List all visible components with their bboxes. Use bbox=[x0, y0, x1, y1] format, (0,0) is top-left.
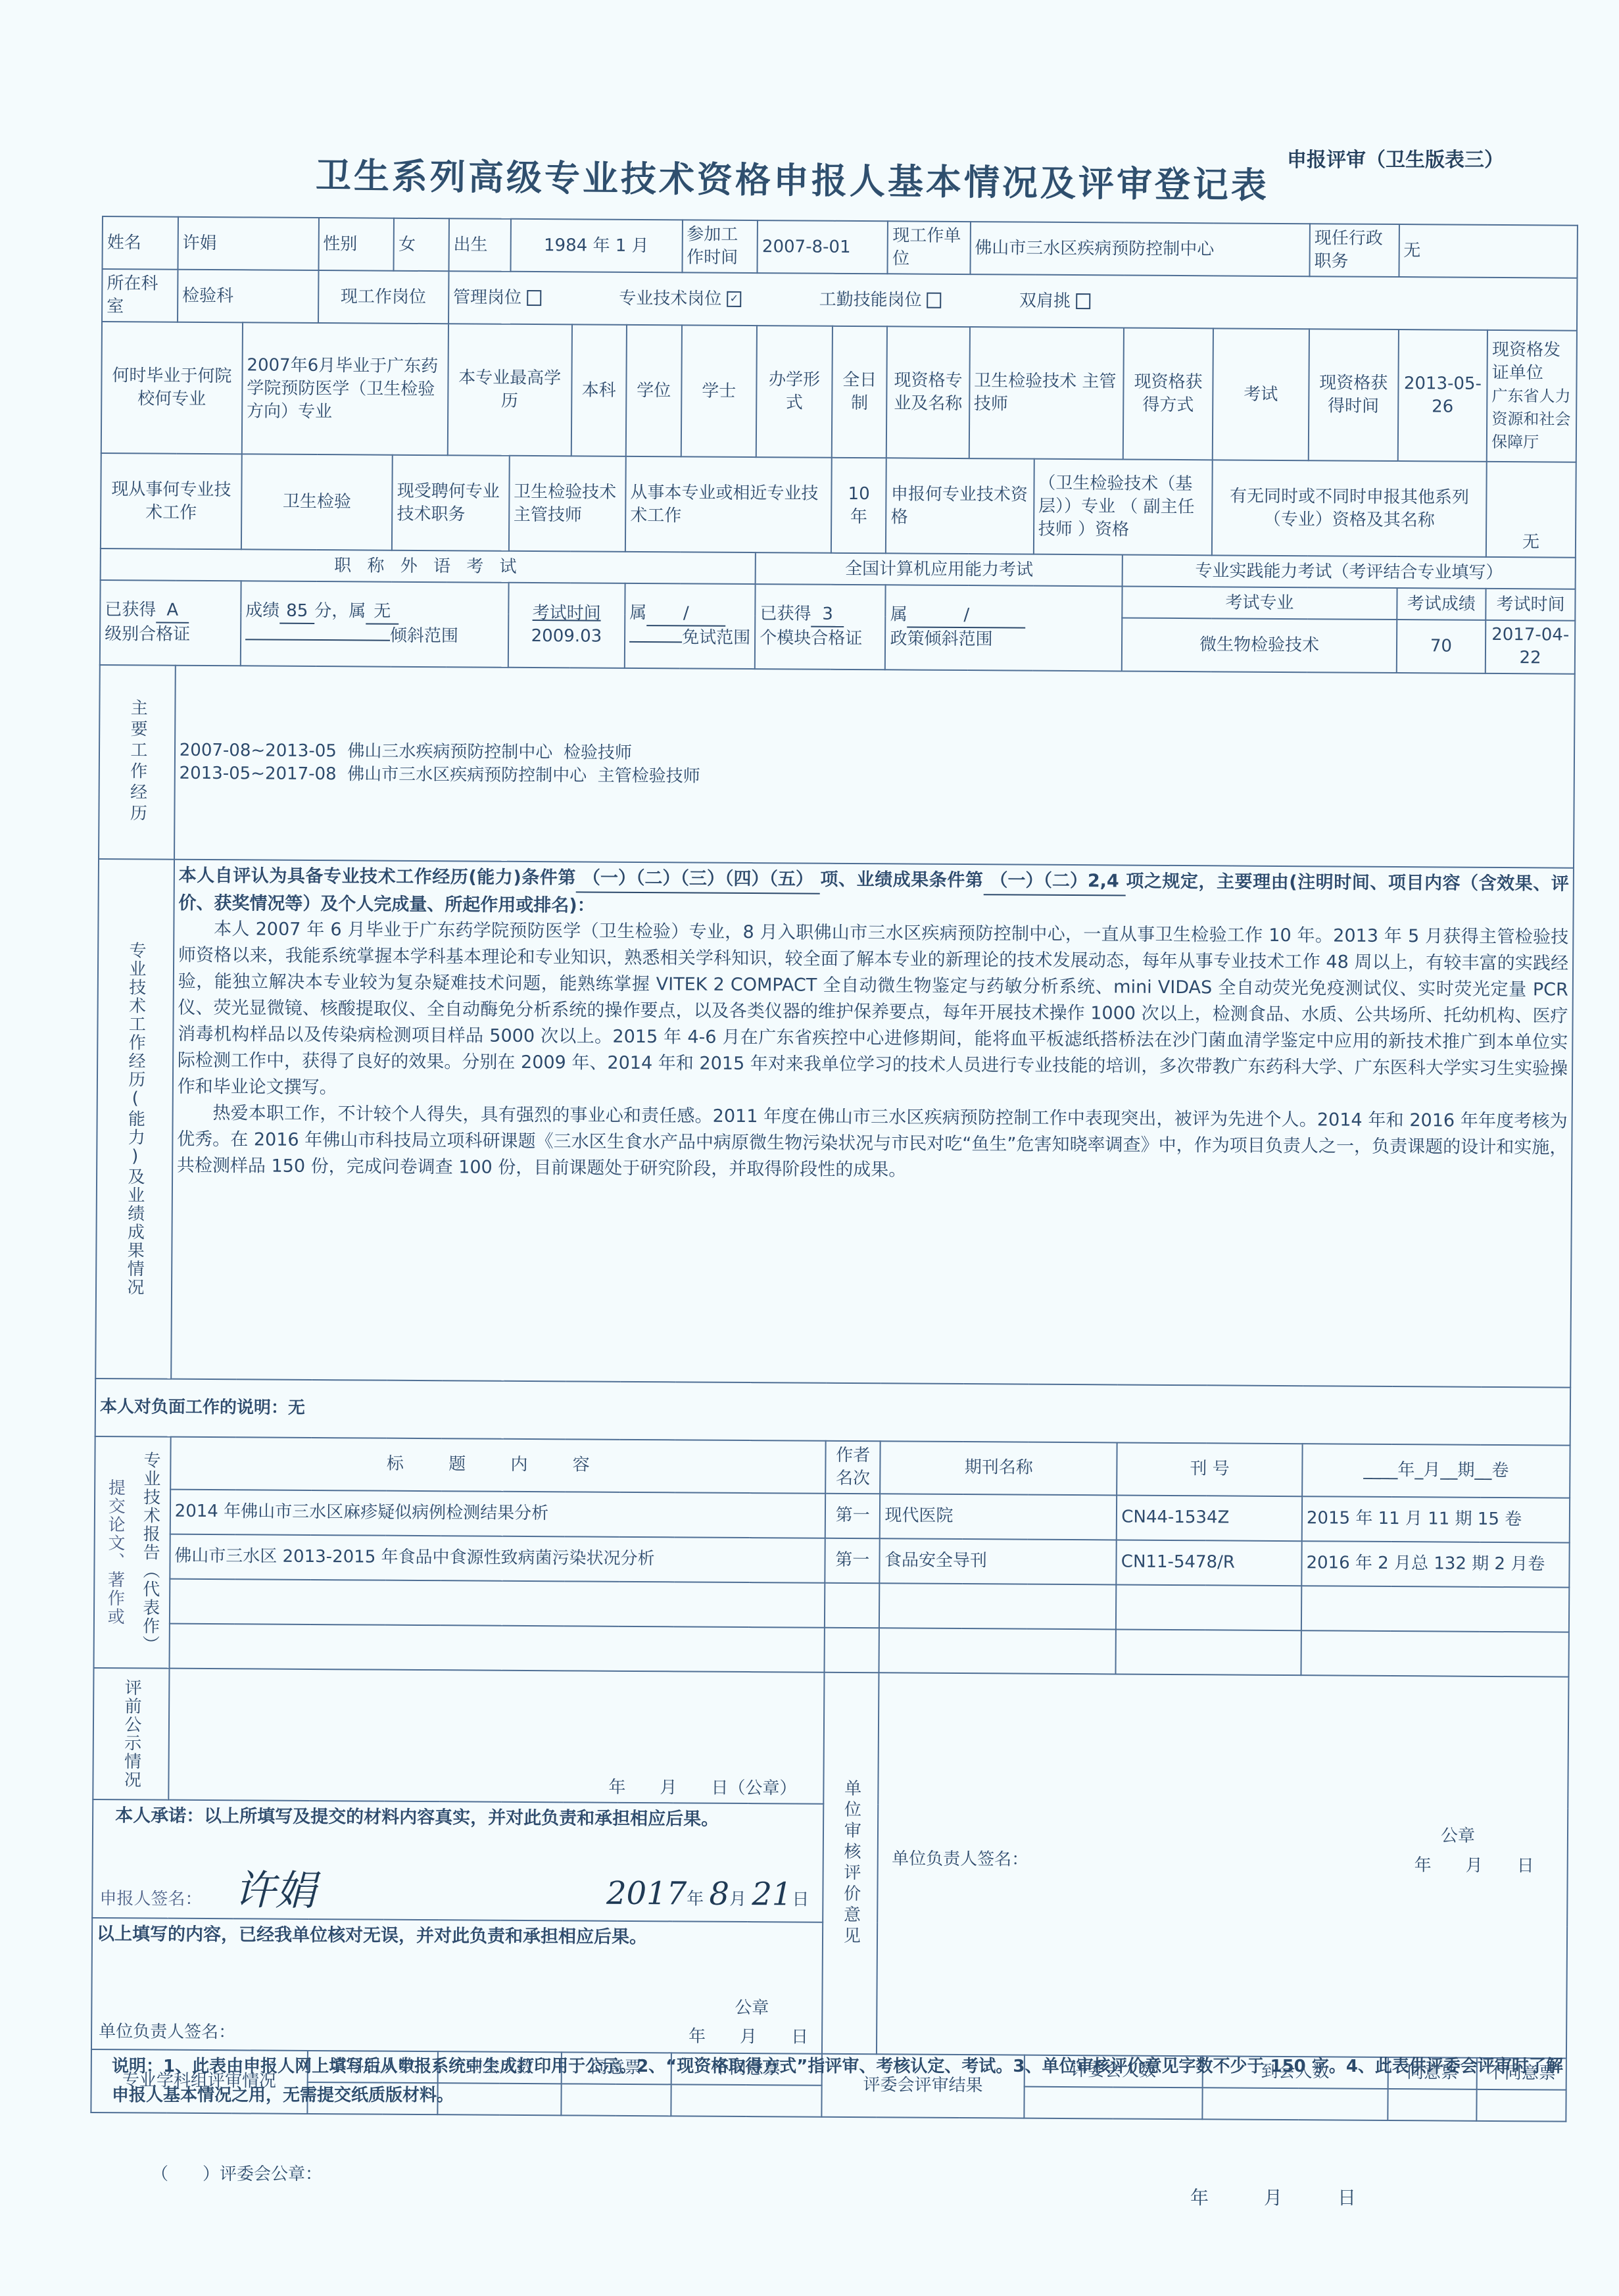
practice-exam-header: 专业实践能力考试（考评结合专业填写） bbox=[1123, 555, 1576, 589]
papers-col-issn: 刊 号 bbox=[1117, 1442, 1302, 1496]
foreign-exam-header: 职 称 外 语 考 试 bbox=[101, 549, 756, 584]
unit-value: 佛山市三水区疾病预防控制中心 bbox=[970, 222, 1310, 276]
admin-post-value: 无 bbox=[1399, 224, 1578, 278]
other-label: 有无同时或不同时申报其他系列（专业）资格及其名称 bbox=[1212, 460, 1487, 558]
method-value: 考试 bbox=[1213, 329, 1309, 461]
pledge: 本人承诺：以上所填写及提交的材料内容真实，并对此负责和承担相应后果。 申报人签名… bbox=[92, 1799, 823, 1922]
unit-review-content: 单位负责人签名： 公章 年 月 日 bbox=[877, 1673, 1568, 2058]
form-code: 申报评审（卫生版表三） bbox=[1287, 143, 1504, 172]
time-label: 现资格获得时间 bbox=[1309, 330, 1399, 462]
post-option-dual[interactable]: 双肩挑 bbox=[1019, 291, 1090, 311]
negative-work: 本人对负面工作的说明：无 bbox=[95, 1379, 1570, 1446]
practice-score: 70 bbox=[1396, 620, 1486, 673]
name-value: 许娟 bbox=[178, 217, 318, 270]
qual-label: 现资格专业及名称 bbox=[886, 327, 969, 459]
publicity-label: 评前公示情况 bbox=[93, 1668, 169, 1800]
method-label: 现资格获得方式 bbox=[1123, 328, 1213, 460]
checkbox-checked-icon: ✓ bbox=[727, 291, 741, 307]
years-label: 从事本专业或相近专业技术工作 bbox=[625, 456, 832, 553]
unit-verify-date: 年 月 日 bbox=[689, 2025, 808, 2049]
unit-label: 现工作单位 bbox=[888, 221, 971, 274]
checkbox-icon bbox=[1076, 293, 1090, 309]
hired-value: 卫生检验技术主管技师 bbox=[509, 456, 626, 552]
birth-label: 出生 bbox=[448, 218, 510, 272]
practice-col-time: 考试时间 bbox=[1486, 589, 1575, 621]
unit-verify-seal: 公章 bbox=[735, 1997, 769, 2020]
achievements-paragraph: 热爱本职工作，不计较个人得失，具有强烈的事业心和责任感。2011 年度在佛山市三… bbox=[177, 1100, 1568, 1188]
dept-value: 检验科 bbox=[178, 270, 318, 323]
gender-value: 女 bbox=[394, 218, 449, 272]
practice-time: 2017-04-22 bbox=[1486, 620, 1575, 673]
work-start-label: 参加工作时间 bbox=[682, 220, 758, 273]
committee-seal: （ ）评委会公章： bbox=[151, 2161, 322, 2185]
computer-exam-header: 全国计算机应用能力考试 bbox=[756, 552, 1123, 586]
birth-value: 1984 年 1 月 bbox=[510, 219, 682, 273]
work-history-label: 主要工作经历 bbox=[99, 665, 176, 860]
page-title: 卫生系列高级专业技术资格申报人基本情况及评审登记表 bbox=[316, 147, 1270, 208]
unit-verify-sign-label: 单位负责人签名： bbox=[99, 2020, 235, 2044]
achievements-label: 专业技术工作经历(能力)及业绩成果情况 bbox=[95, 859, 174, 1379]
degree-label: 学位 bbox=[626, 325, 682, 457]
dept-label: 所在科室 bbox=[102, 269, 178, 322]
name-label: 姓名 bbox=[103, 216, 178, 270]
unit-review-seal: 公章 bbox=[1441, 1824, 1475, 1847]
unit-review-date: 年 月 日 bbox=[1414, 1854, 1534, 1878]
notes: 说明：1、此表由申报人网上填写后从申报系统中生成打印用于公示。2、“现资格取得方… bbox=[112, 2052, 1572, 2110]
checkbox-icon bbox=[527, 290, 541, 306]
papers-col-title: 标 题 内 容 bbox=[170, 1436, 826, 1493]
pledge-text: 本人承诺：以上所填写及提交的材料内容真实，并对此负责和承担相应后果。 bbox=[97, 1803, 819, 1834]
work-start-value: 2007-8-01 bbox=[758, 220, 888, 274]
applicant-signature: 许娟 bbox=[234, 1863, 316, 1918]
papers-label: 提交论文、著作或 专业技术报告（代表作） bbox=[94, 1436, 171, 1669]
pledge-date: 2017年 8月 21日 bbox=[606, 1872, 809, 1917]
post-option-technical[interactable]: 专业技术岗位✓ bbox=[619, 289, 741, 309]
other-value: 无 bbox=[1486, 462, 1576, 558]
publicity-date: 年 月 日（公章） bbox=[168, 1668, 824, 1803]
unit-review-sign-label: 单位负责人签名： bbox=[892, 1847, 1028, 1871]
registration-form: 姓名 许娟 性别 女 出生 1984 年 1 月 参加工作时间 2007-8-0… bbox=[90, 216, 1578, 2122]
final-date: 年 月 日 bbox=[1190, 2184, 1356, 2210]
issuer-label-value: 现资格发证单位广东省人力资源和社会保障厅 bbox=[1487, 330, 1577, 462]
foreign-level: 已获得A级别合格证 bbox=[100, 580, 241, 665]
gender-label: 性别 bbox=[318, 218, 394, 271]
unit-verify: 以上填写的内容，已经我单位核对无误，并对此负责和承担相应后果。 单位负责人签名：… bbox=[91, 1918, 823, 2054]
field-value: 卫生检验 bbox=[241, 454, 393, 550]
post-label: 现工作岗位 bbox=[318, 270, 449, 324]
computer-policy: 属/政策倾斜范围 bbox=[885, 585, 1123, 671]
achievements-content: 本人自评认为具备专业技术工作经历(能力)条件第（一）（二）（三）（四）（五）项、… bbox=[171, 859, 1574, 1387]
unit-review-label: 单位审核评价意见 bbox=[822, 1673, 879, 2054]
post-options: 管理岗位 专业技术岗位✓ 工勤技能岗位 双肩挑 bbox=[448, 271, 1578, 331]
years-value: 10年 bbox=[831, 458, 886, 554]
foreign-score: 成绩85分，属无倾斜范围 bbox=[241, 581, 509, 668]
work-history-list: 2007-08~2013-05 佛山三水疾病预防控制中心 检验技师 2013-0… bbox=[174, 665, 1575, 867]
admin-post-label: 现任行政职务 bbox=[1309, 224, 1399, 277]
checkbox-icon bbox=[927, 293, 942, 308]
time-value: 2013-05-26 bbox=[1397, 330, 1487, 462]
papers-col-journal: 期刊名称 bbox=[881, 1441, 1117, 1495]
achievements-paragraph: 本人 2007 年 6 月毕业于广东药学院预防医学（卫生检验）专业，8 月入职佛… bbox=[178, 916, 1569, 1109]
grad-value: 2007年6月毕业于广东药学院预防医学（卫生检验方向）专业 bbox=[242, 323, 448, 456]
mode-label: 办学形式 bbox=[756, 326, 833, 458]
grad-label: 何时毕业于何院校何专业 bbox=[101, 322, 243, 454]
achievements-conditions: 本人自评认为具备专业技术工作经历(能力)条件第（一）（二）（三）（四）（五）项、… bbox=[178, 862, 1569, 925]
mode-value: 全日制 bbox=[832, 326, 888, 458]
papers-col-rank: 作者名次 bbox=[825, 1440, 881, 1494]
post-option-management[interactable]: 管理岗位 bbox=[453, 287, 541, 308]
practice-subject: 微生物检验技术 bbox=[1122, 618, 1397, 673]
practice-col-subject: 考试专业 bbox=[1123, 587, 1397, 620]
hired-label: 现受聘何专业技术职务 bbox=[392, 455, 509, 551]
foreign-time: 考试时间2009.03 bbox=[508, 583, 625, 668]
computer-count: 已获得3个模块合格证 bbox=[755, 584, 886, 669]
apply-label: 申报何专业技术资格 bbox=[886, 458, 1034, 554]
foreign-exempt: 属/免试范围 bbox=[625, 583, 756, 668]
degree-value: 学士 bbox=[681, 326, 757, 458]
highest-label: 本专业最高学历 bbox=[448, 324, 572, 456]
highest-value: 本科 bbox=[571, 325, 627, 457]
unit-verify-text: 以上填写的内容，已经我单位核对无误，并对此负责和承担相应后果。 bbox=[97, 1921, 818, 1952]
qual-value: 卫生检验技术 主管技师 bbox=[969, 327, 1124, 459]
pledge-sign-label: 申报人签名： bbox=[99, 1888, 202, 1911]
apply-value: （卫生检验技术（基层））专业 （ 副主任技师 ）资格 bbox=[1034, 459, 1213, 556]
papers-col-issue: ____年_月__期__卷 bbox=[1302, 1444, 1570, 1498]
practice-col-score: 考试成绩 bbox=[1397, 588, 1486, 620]
field-label: 现从事何专业技术工作 bbox=[101, 453, 242, 549]
post-option-service[interactable]: 工勤技能岗位 bbox=[819, 289, 942, 310]
